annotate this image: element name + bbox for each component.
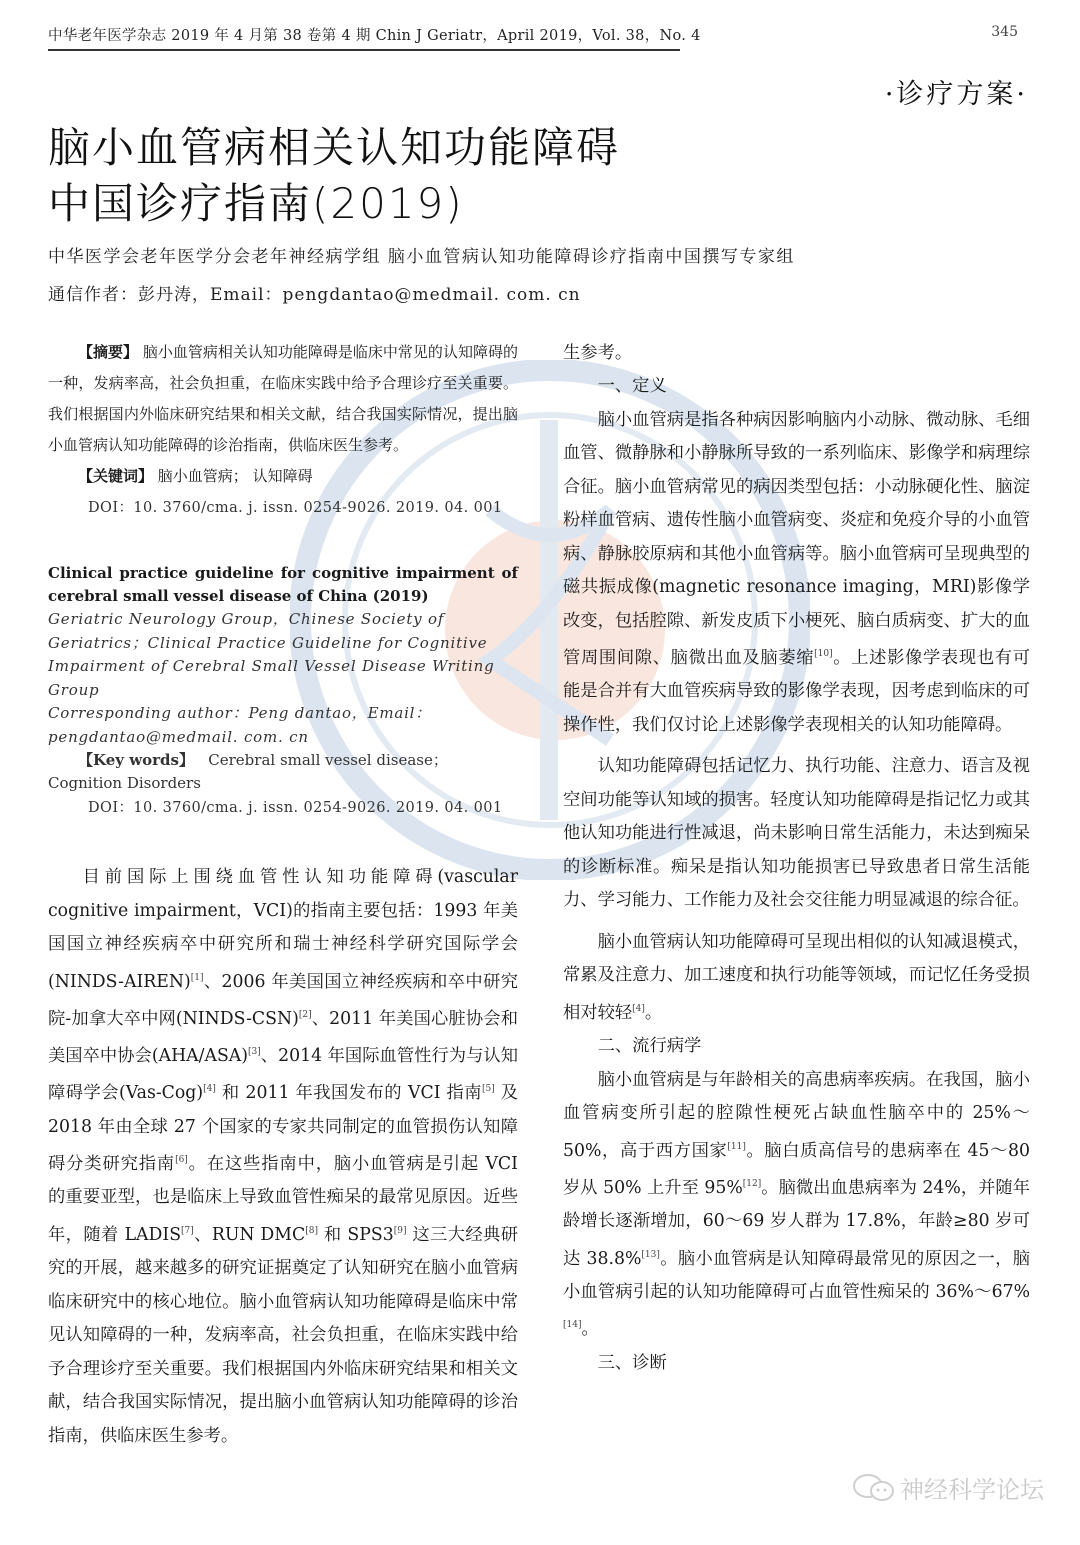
definition-paragraph-1: 脑小血管病是指各种病因影响脑内小动脉、微动脉、毛细血管、微静脉和小静脉所导致的一…: [563, 404, 1030, 743]
citation: [4]: [632, 1004, 645, 1014]
corresponding-author: 通信作者：彭丹涛，Email：pengdantao@medmail. com. …: [48, 280, 581, 305]
citation: [3]: [248, 1047, 261, 1057]
citation: [8]: [305, 1226, 318, 1236]
continued-text: 生参考。: [563, 337, 632, 371]
doi-en: DOI：10. 3760/cma. j. issn. 0254-9026. 20…: [48, 795, 518, 821]
citation: [10]: [814, 649, 832, 659]
abstract-cn: 【摘要】 脑小血管病相关认知功能障碍是临床中常见的认知障碍的一种，发病率高，社会…: [48, 337, 518, 461]
doi-cn: DOI：10. 3760/cma. j. issn. 0254-9026. 20…: [48, 492, 518, 524]
keywords-text: 脑小血管病； 认知障碍: [158, 467, 313, 485]
footer-watermark-text: 神经科学论坛: [900, 1470, 1044, 1505]
abstract-label: 【摘要】: [78, 343, 138, 361]
section-heading-definition: 一、定义: [563, 370, 1030, 404]
title-line-2: 中国诊疗指南(2019): [48, 176, 620, 232]
epidemiology-paragraph: 脑小血管病是与年龄相关的高患病率疾病。在我国，脑小血管病变所引起的腔隙性梗死占缺…: [563, 1064, 1030, 1347]
section-heading-diagnosis: 三、诊断: [563, 1347, 1030, 1381]
keywords-cn: 【关键词】 脑小血管病； 认知障碍: [48, 461, 518, 492]
citation: [9]: [394, 1226, 407, 1236]
intro-paragraph: 目前国际上围绕血管性认知功能障碍(vascular cognitive impa…: [48, 861, 518, 1453]
english-title: Clinical practice guideline for cognitiv…: [48, 562, 518, 608]
citation: [11]: [727, 1142, 745, 1152]
keywords-en-label: 【Key words】: [78, 751, 194, 769]
citation: [6]: [175, 1155, 188, 1165]
section-heading-epidemiology: 二、流行病学: [563, 1030, 1030, 1064]
citation: [13]: [641, 1250, 659, 1260]
keywords-en: 【Key words】 Cerebral small vessel diseas…: [48, 749, 518, 795]
citation: [5]: [482, 1084, 495, 1094]
wechat-icon: [852, 1473, 896, 1503]
citation: [7]: [181, 1226, 194, 1236]
left-column: 【摘要】 脑小血管病相关认知功能障碍是临床中常见的认知障碍的一种，发病率高，社会…: [48, 337, 518, 1453]
article-title: 脑小血管病相关认知功能障碍 中国诊疗指南(2019): [48, 120, 620, 232]
citation: [1]: [191, 973, 204, 983]
footer-watermark: 神经科学论坛: [852, 1470, 1044, 1505]
definition-paragraph-2: 认知功能障碍包括记忆力、执行功能、注意力、语言及视空间功能等认知域的损害。轻度认…: [563, 750, 1030, 918]
running-head: 中华老年医学杂志 2019 年 4 月第 38 卷第 4 期 Chin J Ge…: [48, 24, 680, 51]
definition-paragraph-3: 脑小血管病认知功能障碍可呈现出相似的认知减退模式，常累及注意力、加工速度和执行功…: [563, 926, 1030, 1030]
page-number: 345: [991, 24, 1018, 40]
right-column: 一、定义 脑小血管病是指各种病因影响脑内小动脉、微动脉、毛细血管、微静脉和小静脉…: [563, 337, 1030, 1380]
english-groups: Geriatric Neurology Group，Chinese Societ…: [48, 608, 518, 702]
author-groups: 中华医学会老年医学分会老年神经病学组 脑小血管病认知功能障碍诊疗指南中国撰写专家…: [48, 242, 795, 267]
citation: [2]: [299, 1010, 312, 1020]
title-line-1: 脑小血管病相关认知功能障碍: [48, 120, 620, 176]
column-label: ·诊疗方案·: [885, 72, 1028, 111]
citation: [12]: [743, 1179, 761, 1189]
citation: [4]: [203, 1084, 216, 1094]
english-corresponding: Corresponding author：Peng dantao，Email：p…: [48, 702, 518, 749]
keywords-label: 【关键词】: [78, 467, 153, 485]
citation: [14]: [563, 1320, 581, 1330]
